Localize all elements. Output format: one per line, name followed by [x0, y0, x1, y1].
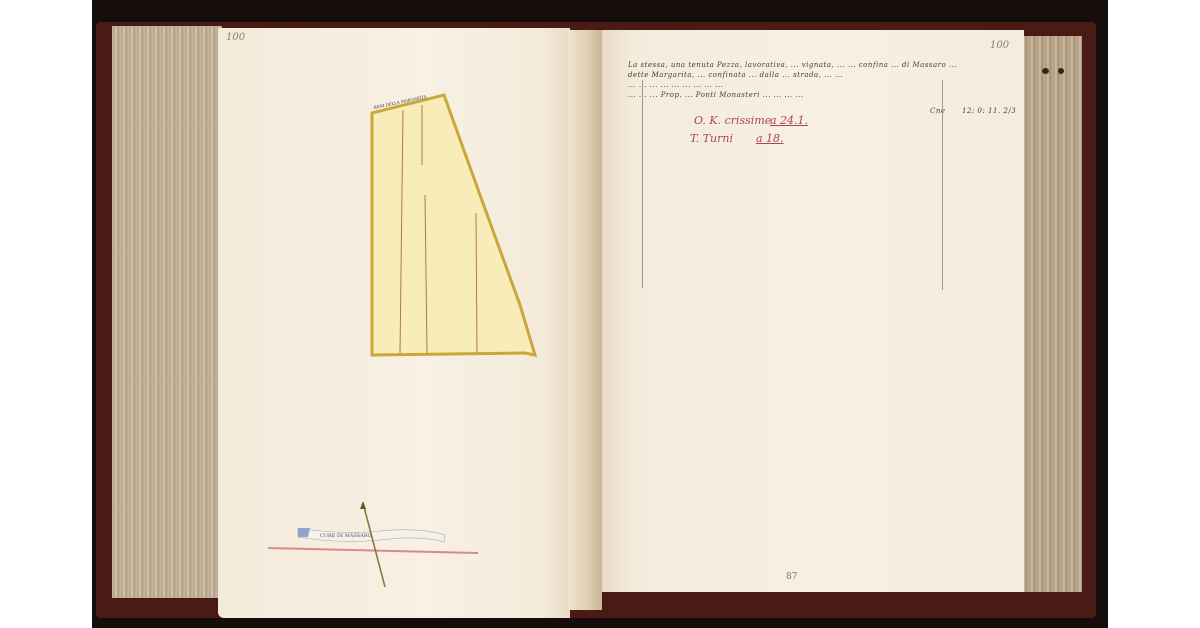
- margin-note: Cne: [930, 106, 960, 116]
- text-line: ... ... ... Prop. ... Ponti Monasteri ..…: [628, 90, 978, 100]
- page-edges-left: [112, 26, 222, 598]
- value-note: 12: 0: 11. 2/3: [962, 106, 1022, 116]
- ink-stain: [1058, 68, 1064, 74]
- red-entry-value: a 24.1.: [770, 114, 808, 127]
- ruled-margin-line: [942, 80, 943, 290]
- red-entry-label: O. K. crissime: [694, 114, 771, 127]
- right-page: 100: [598, 30, 1024, 592]
- text-line: ... ... ... ... ... ... ... ... ...: [628, 80, 978, 90]
- compass-banner-text: CURE DI MASSARO: [320, 533, 372, 539]
- page-stamp: 87: [786, 572, 797, 582]
- folio-number-left: 100: [226, 32, 245, 43]
- text-line: dette Margarita, ... confinata ... dalla…: [628, 70, 978, 80]
- ruled-margin-line: [642, 80, 643, 288]
- red-entry-value: a 18.: [756, 132, 784, 145]
- land-plan-drawing: BENI DELLA MARGARITA: [360, 85, 540, 375]
- manuscript-text: La stessa, una tenuta Pezza, lavorativa,…: [628, 60, 978, 100]
- book-gutter: [568, 30, 602, 610]
- ink-stain: [1042, 68, 1049, 74]
- red-entry-label: T. Turni: [690, 132, 733, 145]
- compass-and-scale: CURE DI MASSARO: [260, 495, 490, 595]
- folio-number-right: 100: [990, 40, 1009, 51]
- page-edges-right: [1020, 36, 1082, 592]
- text-line: La stessa, una tenuta Pezza, lavorativa,…: [628, 60, 978, 70]
